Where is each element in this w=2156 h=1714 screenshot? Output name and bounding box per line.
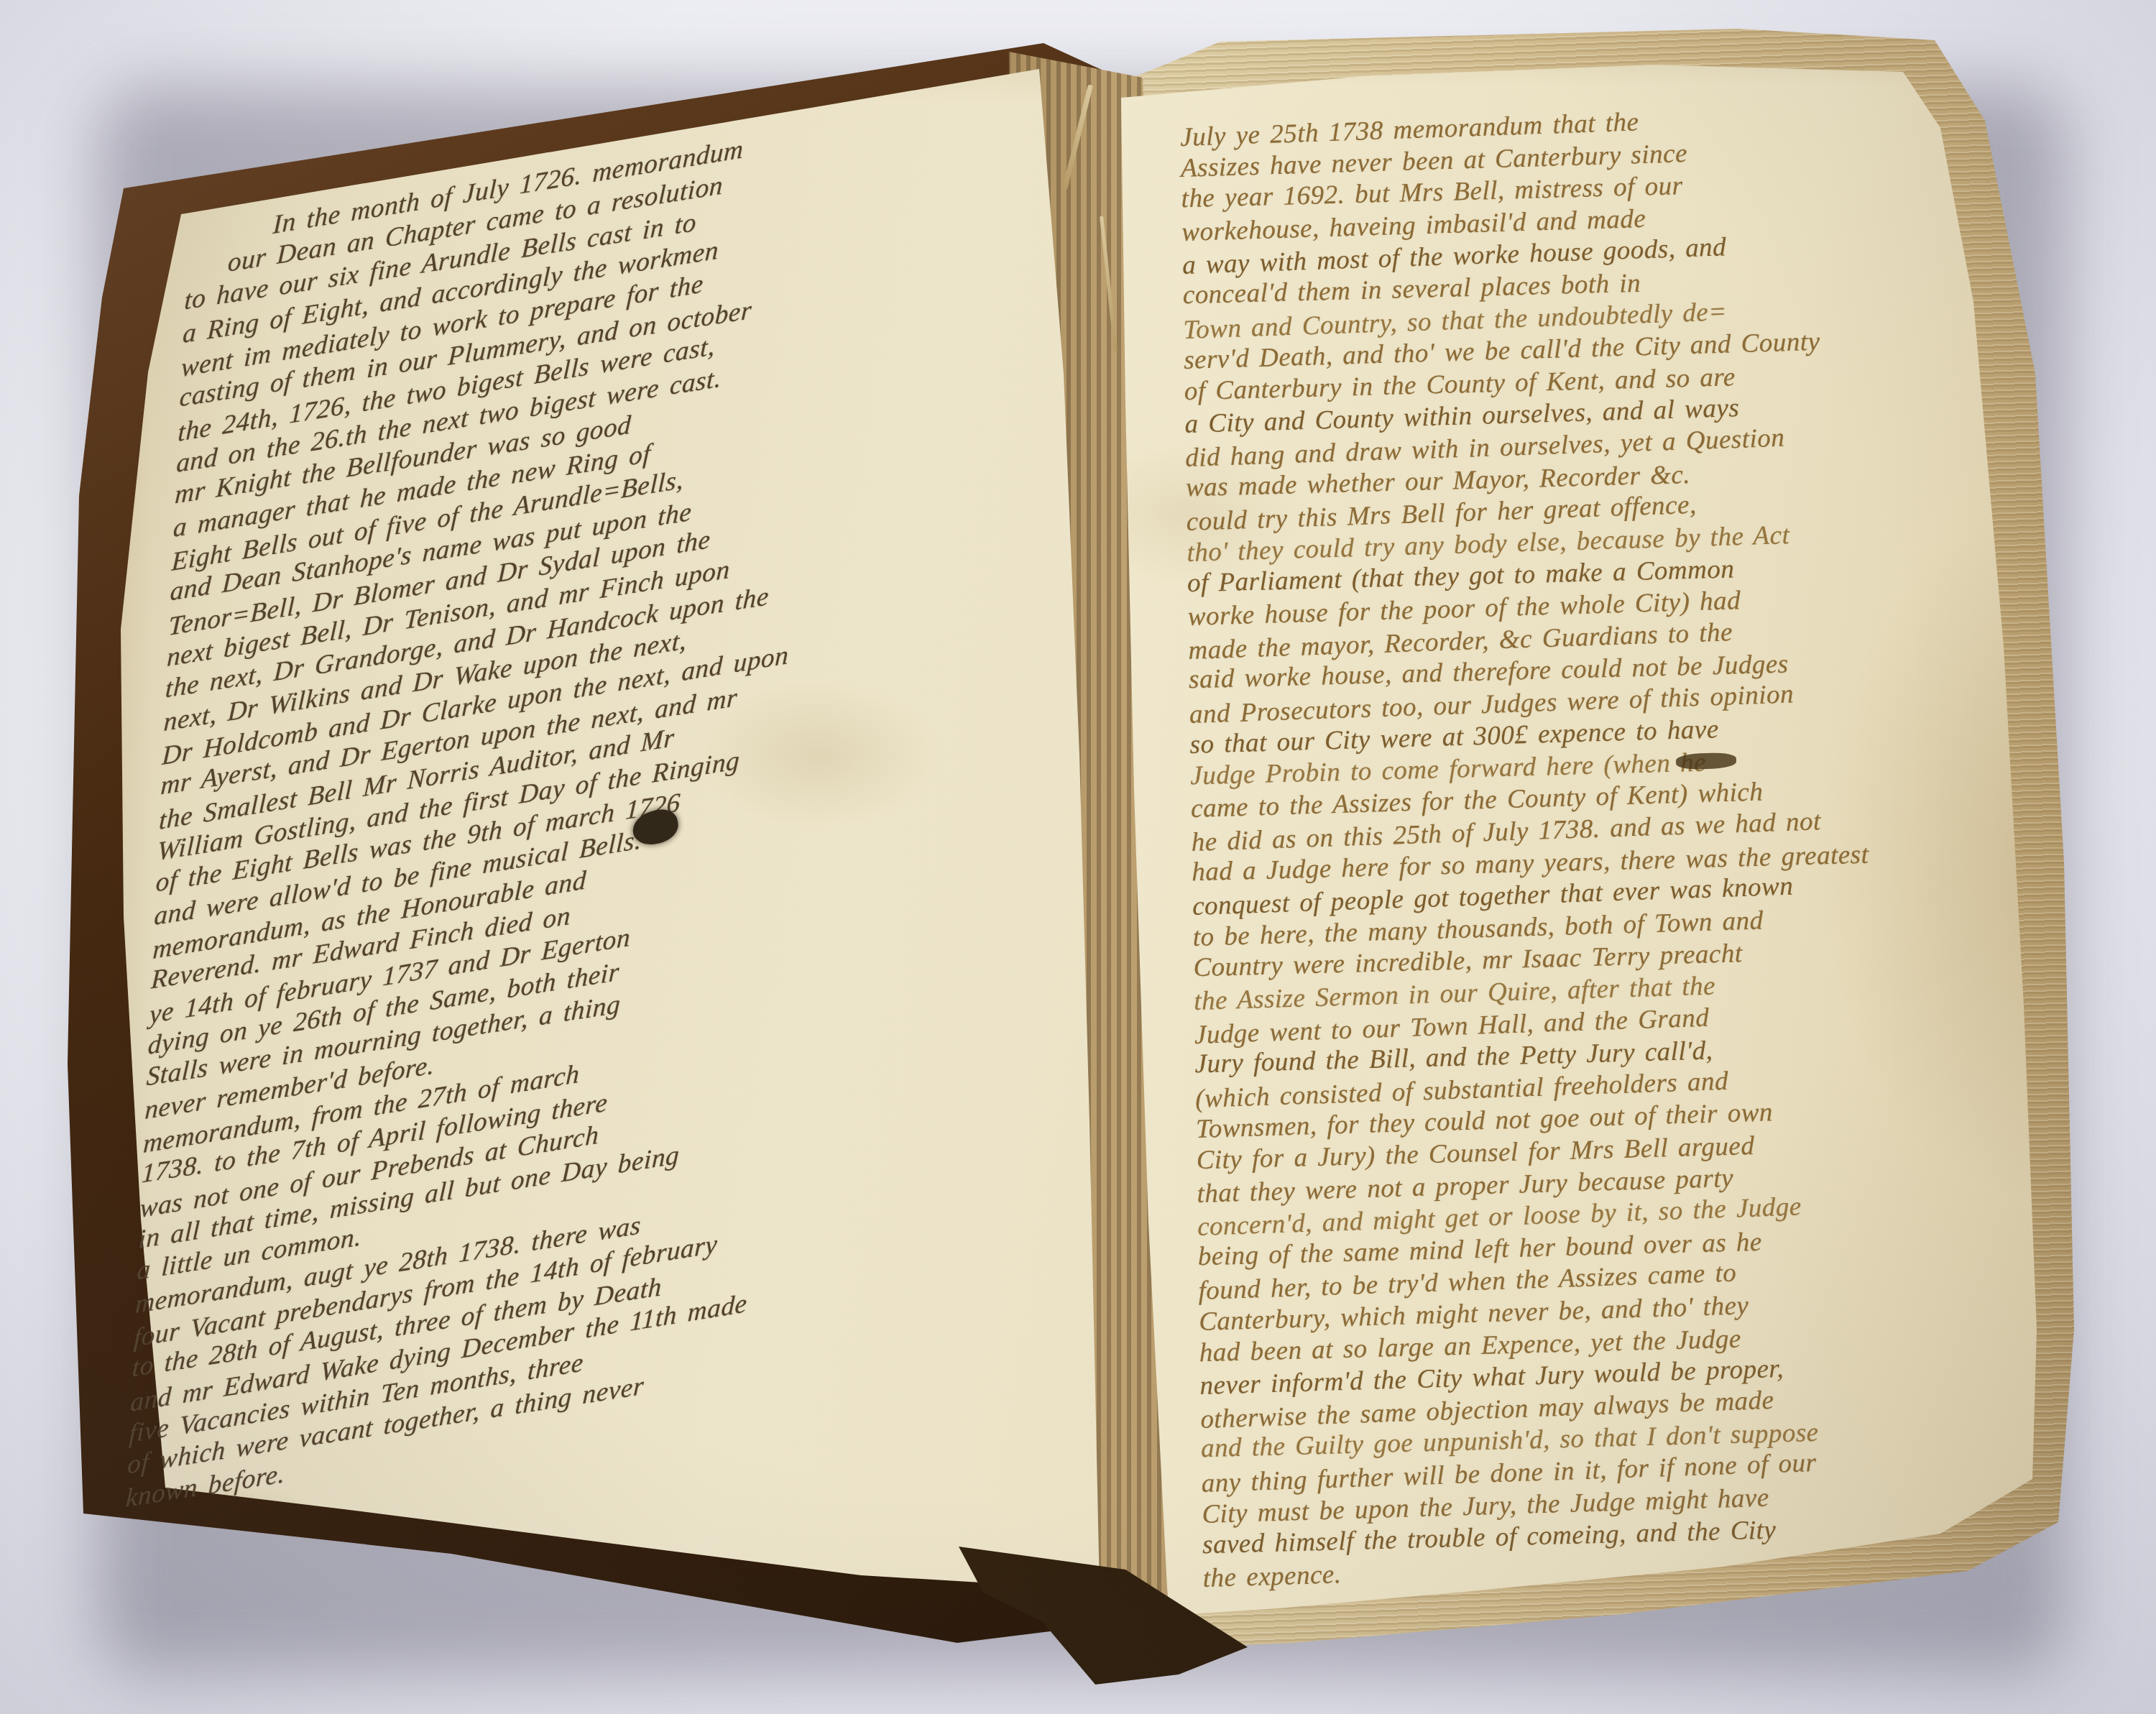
right-page-handwriting: July ye 25th 1738 memorandum that theAss…: [1180, 101, 1880, 1595]
photo-of-open-manuscript-book: In the month of July 1726. memorandumour…: [0, 0, 2156, 1714]
left-page-handwriting: In the month of July 1726. memorandumour…: [125, 123, 815, 1515]
